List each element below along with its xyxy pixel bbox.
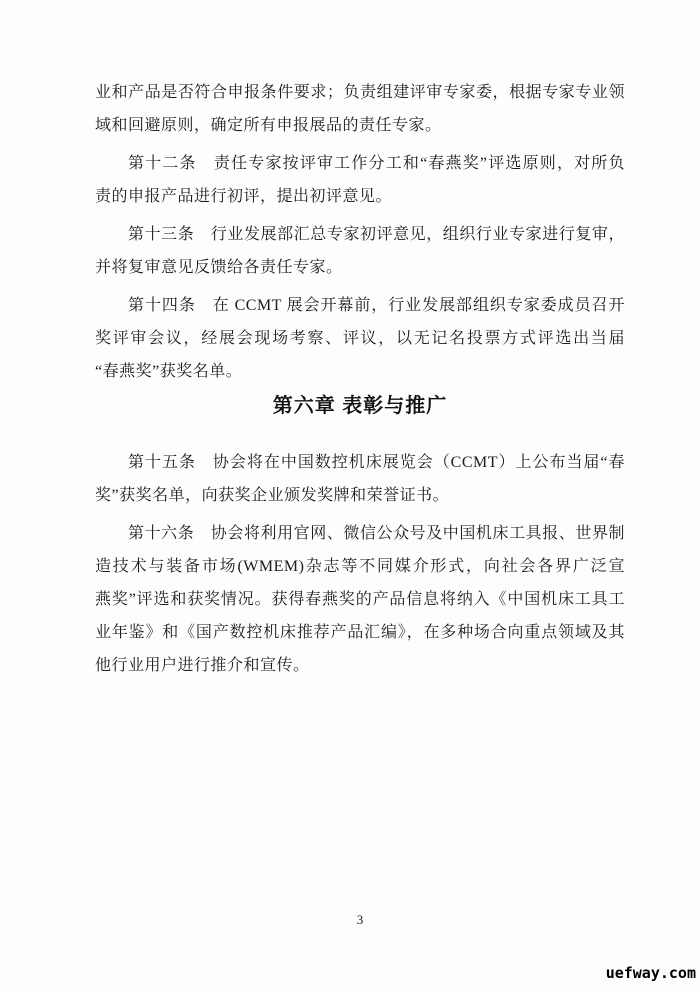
paragraph-article-16: 第十六条 协会将利用官网、微信公众号及中国机床工具报、世界制 造技术与装备市场(… xyxy=(95,517,625,682)
text-line: 第十二条 责任专家按评审工作分工和“春燕奖”评选原则，对所负 xyxy=(95,147,625,180)
text-line: 第十三条 行业发展部汇总专家初评意见，组织行业专家进行复审， xyxy=(95,218,625,251)
text-line: 燕奖”评选和获奖情况。获得春燕奖的产品信息将纳入《中国机床工具工 xyxy=(95,583,625,616)
document-body: 业和产品是否符合申报条件要求；负责组建评审专家委，根据专家专业领 域和回避原则，… xyxy=(95,76,625,687)
text-line: 责的申报产品进行初评，提出初评意见。 xyxy=(95,180,625,213)
chapter-heading: 第六章 表彰与推广 xyxy=(95,394,625,418)
text-line: 第十四条 在 CCMT 展会开幕前，行业发展部组织专家委成员召开春燕 xyxy=(95,289,625,322)
text-line: 业年鉴》和《国产数控机床推荐产品汇编》，在多种场合向重点领域及其 xyxy=(95,616,625,649)
text-line: 他行业用户进行推介和宣传。 xyxy=(95,649,625,682)
document-page: 业和产品是否符合申报条件要求；负责组建评审专家委，根据专家专业领 域和回避原则，… xyxy=(0,0,700,990)
text-line: 业和产品是否符合申报条件要求；负责组建评审专家委，根据专家专业领 xyxy=(95,76,625,109)
text-line: 奖”获奖名单，向获奖企业颁发奖牌和荣誉证书。 xyxy=(95,479,625,512)
watermark-text: uefway.com xyxy=(606,964,696,982)
paragraph-article-13: 第十三条 行业发展部汇总专家初评意见，组织行业专家进行复审， 并将复审意见反馈给… xyxy=(95,218,625,284)
paragraph-article-12: 第十二条 责任专家按评审工作分工和“春燕奖”评选原则，对所负 责的申报产品进行初… xyxy=(95,147,625,213)
text-line: “春燕奖”获奖名单。 xyxy=(95,355,625,388)
paragraph-article-15: 第十五条 协会将在中国数控机床展览会（CCMT）上公布当届“春燕 奖”获奖名单，… xyxy=(95,446,625,512)
text-line: 第十五条 协会将在中国数控机床展览会（CCMT）上公布当届“春燕 xyxy=(95,446,625,479)
text-line: 域和回避原则，确定所有申报展品的责任专家。 xyxy=(95,109,625,142)
text-line: 造技术与装备市场(WMEM)杂志等不同媒介形式，向社会各界广泛宣传“春 xyxy=(95,550,625,583)
text-line: 第十六条 协会将利用官网、微信公众号及中国机床工具报、世界制 xyxy=(95,517,625,550)
text-line: 并将复审意见反馈给各责任专家。 xyxy=(95,251,625,284)
paragraph: 业和产品是否符合申报条件要求；负责组建评审专家委，根据专家专业领 域和回避原则，… xyxy=(95,76,625,142)
text-line: 奖评审会议，经展会现场考察、评议，以无记名投票方式评选出当届 CCMT xyxy=(95,322,625,355)
paragraph-article-14: 第十四条 在 CCMT 展会开幕前，行业发展部组织专家委成员召开春燕 奖评审会议… xyxy=(95,289,625,388)
page-number: 3 xyxy=(20,912,700,928)
